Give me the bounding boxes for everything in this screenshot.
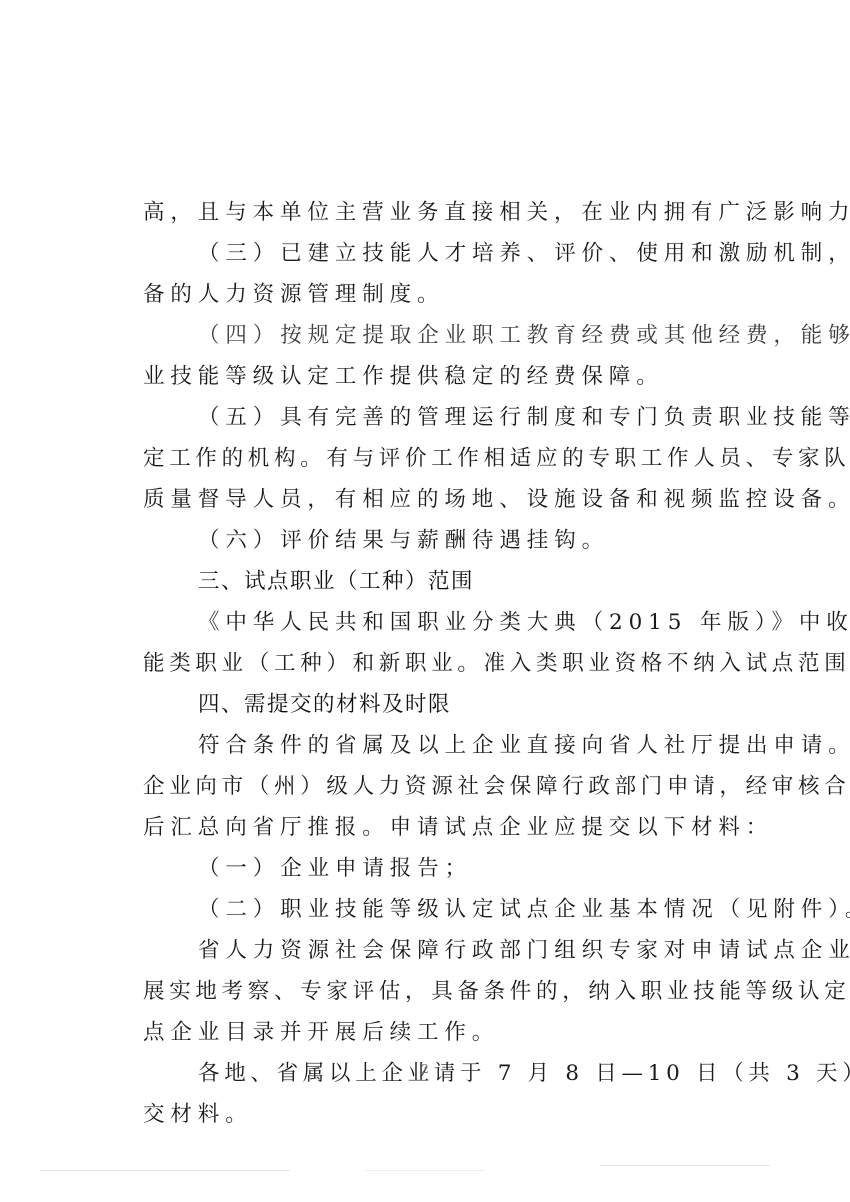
paragraph-line: 《中华人民共和国职业分类大典（2015 年版）》中收录的技 (143, 602, 725, 643)
paragraph-line: 交材料。 (143, 1094, 725, 1135)
document-body: 高，且与本单位主营业务直接相关，在业内拥有广泛影响力。（三）已建立技能人才培养、… (143, 192, 725, 1135)
page-number: 2 (0, 1062, 850, 1076)
paragraph-line: 备的人力资源管理制度。 (143, 274, 725, 315)
paragraph-line: 能类职业（工种）和新职业。准入类职业资格不纳入试点范围。 (143, 643, 725, 684)
paragraph-line: （三）已建立技能人才培养、评价、使用和激励机制，有完 (143, 233, 725, 274)
scan-artifact-line (600, 1165, 770, 1166)
paragraph-line: 定工作的机构。有与评价工作相适应的专职工作人员、专家队伍、 (143, 438, 725, 479)
paragraph-line: （二）职业技能等级认定试点企业基本情况（见附件）。 (143, 889, 725, 930)
paragraph-line: （六）评价结果与薪酬待遇挂钩。 (143, 520, 725, 561)
section-heading: 三、试点职业（工种）范围 (143, 561, 725, 602)
scan-artifact-line (40, 1170, 290, 1171)
paragraph-line: 符合条件的省属及以上企业直接向省人社厅提出申请。各地 (143, 725, 725, 766)
paragraph-line: （四）按规定提取企业职工教育经费或其他经费，能够为职 (143, 315, 725, 356)
section-heading: 四、需提交的材料及时限 (143, 684, 725, 725)
paragraph-line: 省人力资源社会保障行政部门组织专家对申请试点企业开 (143, 930, 725, 971)
paragraph-line: 质量督导人员，有相应的场地、设施设备和视频监控设备。 (143, 479, 725, 520)
paragraph-line: 点企业目录并开展后续工作。 (143, 1012, 725, 1053)
document-page: 高，且与本单位主营业务直接相关，在业内拥有广泛影响力。（三）已建立技能人才培养、… (0, 0, 850, 1202)
paragraph-line: （一）企业申请报告； (143, 848, 725, 889)
paragraph-line: 展实地考察、专家评估，具备条件的，纳入职业技能等级认定试 (143, 971, 725, 1012)
paragraph-line: 后汇总向省厅推报。申请试点企业应提交以下材料： (143, 807, 725, 848)
paragraph-line: 高，且与本单位主营业务直接相关，在业内拥有广泛影响力。 (143, 192, 725, 233)
scan-artifact-line (365, 1170, 485, 1171)
paragraph-line: （五）具有完善的管理运行制度和专门负责职业技能等级认 (143, 397, 725, 438)
paragraph-line: 企业向市（州）级人力资源社会保障行政部门申请，经审核合格 (143, 766, 725, 807)
paragraph-line: 业技能等级认定工作提供稳定的经费保障。 (143, 356, 725, 397)
